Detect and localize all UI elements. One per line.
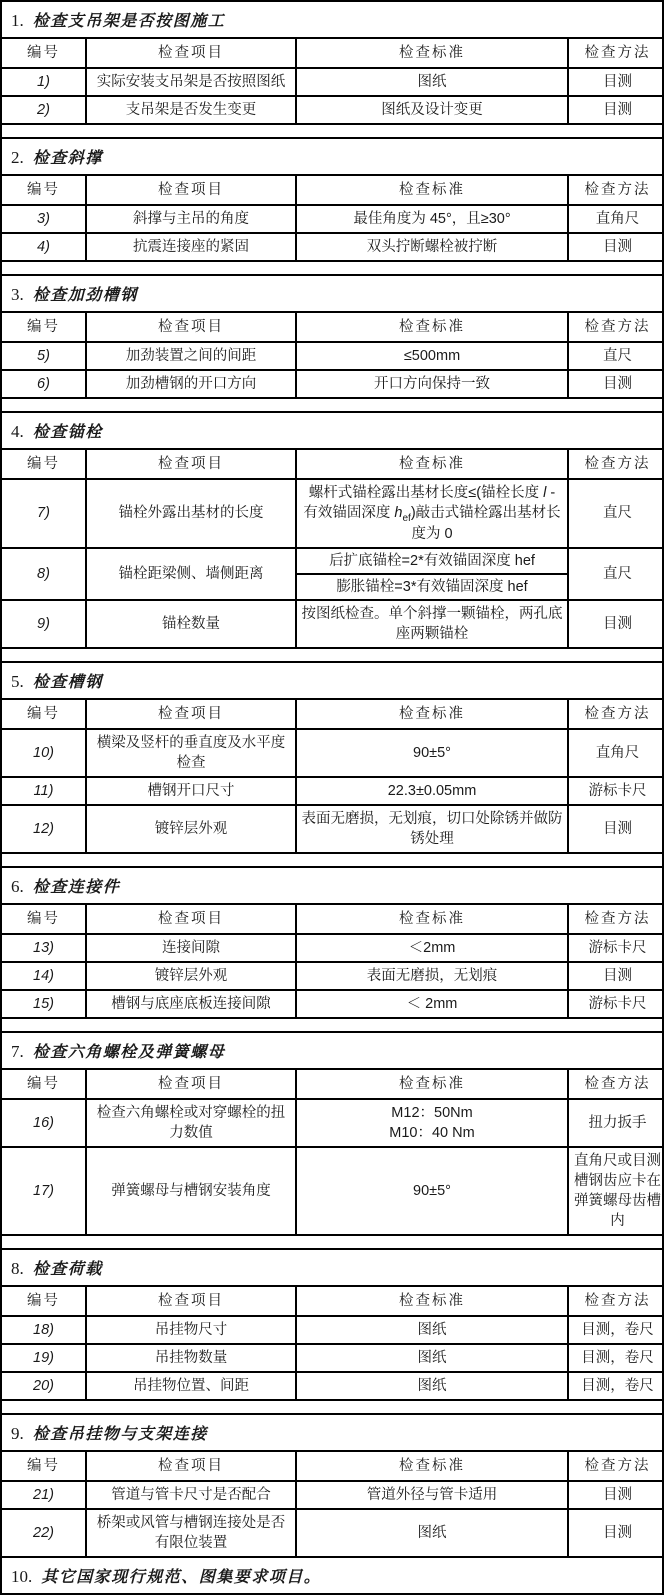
- col-header-item: 检查项目: [86, 699, 296, 729]
- col-header-no: 编号: [2, 904, 86, 934]
- col-header-no: 编号: [2, 175, 86, 205]
- method-cell: 直角尺或目测槽钢齿应卡在弹簧螺母齿槽内: [568, 1147, 664, 1235]
- section-title: 检查支吊架是否按图施工: [33, 13, 226, 30]
- check-table: 编号检查项目检查标准检查方法16)检查六角螺栓或对穿螺栓的扭力数值M12：50N…: [2, 1068, 664, 1236]
- row-number-cell: 2): [2, 96, 86, 124]
- table-row: 20)吊挂物位置、间距图纸目测，卷尺: [2, 1372, 664, 1400]
- col-header-no: 编号: [2, 449, 86, 479]
- row-number-cell: 3): [2, 205, 86, 233]
- section-number: 3.: [11, 285, 24, 304]
- table-row: 11)槽钢开口尺寸22.3±0.05mm游标卡尺: [2, 777, 664, 805]
- table-row: 19)吊挂物数量图纸目测，卷尺: [2, 1344, 664, 1372]
- col-header-item: 检查项目: [86, 449, 296, 479]
- row-number-cell: 7): [2, 479, 86, 548]
- table-gap: [2, 399, 662, 411]
- section-title: 检查锚栓: [33, 424, 103, 441]
- col-header-method: 检查方法: [568, 1286, 664, 1316]
- method-cell: 直角尺: [568, 729, 664, 777]
- table-row: 13)连接间隙＜2mm游标卡尺: [2, 934, 664, 962]
- row-number-cell: 18): [2, 1316, 86, 1344]
- section-heading: 3. 检查加劲槽钢: [2, 274, 662, 311]
- col-header-item: 检查项目: [86, 175, 296, 205]
- section-title: 检查吊挂物与支架连接: [33, 1426, 208, 1443]
- item-cell: 管道与管卡尺寸是否配合: [86, 1481, 296, 1509]
- section-title: 检查斜撑: [33, 150, 103, 167]
- method-cell: 游标卡尺: [568, 777, 664, 805]
- col-header-standard: 检查标准: [296, 449, 568, 479]
- item-cell: 检查六角螺栓或对穿螺栓的扭力数值: [86, 1099, 296, 1147]
- col-header-no: 编号: [2, 1286, 86, 1316]
- item-cell: 槽钢开口尺寸: [86, 777, 296, 805]
- item-cell: 吊挂物位置、间距: [86, 1372, 296, 1400]
- table-header-row: 编号检查项目检查标准检查方法: [2, 1286, 664, 1316]
- col-header-standard: 检查标准: [296, 699, 568, 729]
- item-cell: 斜撑与主吊的角度: [86, 205, 296, 233]
- item-cell: 桥架或风管与槽钢连接处是否有限位装置: [86, 1509, 296, 1557]
- section-heading: 7. 检查六角螺栓及弹簧螺母: [2, 1031, 662, 1068]
- section-number: 9.: [11, 1424, 24, 1443]
- table-row: 21)管道与管卡尺寸是否配合管道外径与管卡适用目测: [2, 1481, 664, 1509]
- table-row: 8)锚栓距梁侧、墙侧距离后扩底锚栓=2*有效锚固深度 hef膨胀锚栓=3*有效锚…: [2, 548, 664, 600]
- table-row: 17)弹簧螺母与槽钢安装角度90±5°直角尺或目测槽钢齿应卡在弹簧螺母齿槽内: [2, 1147, 664, 1235]
- table-row: 15)槽钢与底座底板连接间隙＜ 2mm游标卡尺: [2, 990, 664, 1018]
- table-header-row: 编号检查项目检查标准检查方法: [2, 312, 664, 342]
- col-header-no: 编号: [2, 699, 86, 729]
- col-header-method: 检查方法: [568, 699, 664, 729]
- standard-cell: 按图纸检查。单个斜撑一颗锚栓，两孔底座两颗锚栓: [296, 600, 568, 648]
- table-row: 6)加劲槽钢的开口方向开口方向保持一致目测: [2, 370, 664, 398]
- standard-cell: ＜ 2mm: [296, 990, 568, 1018]
- method-cell: 目测: [568, 1481, 664, 1509]
- standard-cell: 图纸: [296, 1316, 568, 1344]
- table-gap: [2, 262, 662, 274]
- section-heading: 10. 其它国家现行规范、图集要求项目。: [2, 1558, 662, 1593]
- method-cell: 目测: [568, 962, 664, 990]
- col-header-standard: 检查标准: [296, 175, 568, 205]
- method-cell: 目测: [568, 805, 664, 853]
- col-header-no: 编号: [2, 38, 86, 68]
- section-heading: 9. 检查吊挂物与支架连接: [2, 1413, 662, 1450]
- method-cell: 直尺: [568, 342, 664, 370]
- row-number-cell: 11): [2, 777, 86, 805]
- table-row: 10)横梁及竖杆的垂直度及水平度检查90±5°直角尺: [2, 729, 664, 777]
- row-number-cell: 21): [2, 1481, 86, 1509]
- col-header-no: 编号: [2, 1451, 86, 1481]
- standard-cell: 22.3±0.05mm: [296, 777, 568, 805]
- col-header-standard: 检查标准: [296, 312, 568, 342]
- method-cell: 目测，卷尺: [568, 1372, 664, 1400]
- section-title: 检查连接件: [33, 879, 121, 896]
- table-header-row: 编号检查项目检查标准检查方法: [2, 449, 664, 479]
- row-number-cell: 20): [2, 1372, 86, 1400]
- col-header-no: 编号: [2, 1069, 86, 1099]
- table-header-row: 编号检查项目检查标准检查方法: [2, 38, 664, 68]
- table-row: 12)镀锌层外观表面无磨损，无划痕，切口处除锈并做防锈处理目测: [2, 805, 664, 853]
- method-cell: 目测，卷尺: [568, 1344, 664, 1372]
- col-header-method: 检查方法: [568, 1451, 664, 1481]
- method-cell: 目测: [568, 1509, 664, 1557]
- table-header-row: 编号检查项目检查标准检查方法: [2, 904, 664, 934]
- method-cell: 目测，卷尺: [568, 1316, 664, 1344]
- section-heading: 8. 检查荷载: [2, 1248, 662, 1285]
- method-cell: 直角尺: [568, 205, 664, 233]
- section-heading: 4. 检查锚栓: [2, 411, 662, 448]
- row-number-cell: 10): [2, 729, 86, 777]
- standard-cell: ＜2mm: [296, 934, 568, 962]
- check-table: 编号检查项目检查标准检查方法21)管道与管卡尺寸是否配合管道外径与管卡适用目测2…: [2, 1450, 664, 1558]
- row-number-cell: 19): [2, 1344, 86, 1372]
- item-cell: 镀锌层外观: [86, 805, 296, 853]
- col-header-method: 检查方法: [568, 1069, 664, 1099]
- row-number-cell: 14): [2, 962, 86, 990]
- row-number-cell: 22): [2, 1509, 86, 1557]
- row-number-cell: 1): [2, 68, 86, 96]
- row-number-cell: 12): [2, 805, 86, 853]
- item-cell: 横梁及竖杆的垂直度及水平度检查: [86, 729, 296, 777]
- col-header-item: 检查项目: [86, 1451, 296, 1481]
- table-gap: [2, 1019, 662, 1031]
- table-gap: [2, 854, 662, 866]
- standard-cell: 表面无磨损，无划痕，切口处除锈并做防锈处理: [296, 805, 568, 853]
- table-gap: [2, 1236, 662, 1248]
- col-header-item: 检查项目: [86, 904, 296, 934]
- method-cell: 游标卡尺: [568, 934, 664, 962]
- table-row: 4)抗震连接座的紧固双头拧断螺栓被拧断目测: [2, 233, 664, 261]
- check-table: 编号检查项目检查标准检查方法1)实际安装支吊架是否按照图纸图纸目测2)支吊架是否…: [2, 37, 664, 125]
- table-row: 14)镀锌层外观表面无磨损，无划痕目测: [2, 962, 664, 990]
- check-table: 编号检查项目检查标准检查方法5)加劲装置之间的间距≤500mm直尺6)加劲槽钢的…: [2, 311, 664, 399]
- item-cell: 吊挂物尺寸: [86, 1316, 296, 1344]
- item-cell: 锚栓距梁侧、墙侧距离: [86, 548, 296, 600]
- table-row: 18)吊挂物尺寸图纸目测，卷尺: [2, 1316, 664, 1344]
- row-number-cell: 17): [2, 1147, 86, 1235]
- col-header-method: 检查方法: [568, 904, 664, 934]
- section-number: 2.: [11, 148, 24, 167]
- table-row: 3)斜撑与主吊的角度最佳角度为 45°，且≥30°直角尺: [2, 205, 664, 233]
- section-title: 检查加劲槽钢: [33, 287, 138, 304]
- section-title: 其它国家现行规范、图集要求项目。: [41, 1569, 321, 1586]
- row-number-cell: 8): [2, 548, 86, 600]
- table-gap: [2, 1401, 662, 1413]
- item-cell: 槽钢与底座底板连接间隙: [86, 990, 296, 1018]
- table-row: 2)支吊架是否发生变更图纸及设计变更目测: [2, 96, 664, 124]
- col-header-method: 检查方法: [568, 449, 664, 479]
- col-header-item: 检查项目: [86, 1286, 296, 1316]
- method-cell: 直尺: [568, 548, 664, 600]
- section-title: 检查六角螺栓及弹簧螺母: [33, 1044, 226, 1061]
- standard-cell: 双头拧断螺栓被拧断: [296, 233, 568, 261]
- standard-cell: 图纸及设计变更: [296, 96, 568, 124]
- item-cell: 锚栓数量: [86, 600, 296, 648]
- standard-cell: 图纸: [296, 68, 568, 96]
- col-header-standard: 检查标准: [296, 1069, 568, 1099]
- standard-cell: 螺杆式锚栓露出基材长度≤(锚栓长度 l - 有效锚固深度 hef)敲击式锚栓露出…: [296, 479, 568, 548]
- row-number-cell: 16): [2, 1099, 86, 1147]
- method-cell: 目测: [568, 370, 664, 398]
- col-header-no: 编号: [2, 312, 86, 342]
- section-heading: 1. 检查支吊架是否按图施工: [2, 2, 662, 37]
- standard-cell: 图纸: [296, 1344, 568, 1372]
- row-number-cell: 9): [2, 600, 86, 648]
- item-cell: 锚栓外露出基材的长度: [86, 479, 296, 548]
- col-header-item: 检查项目: [86, 312, 296, 342]
- table-row: 9)锚栓数量按图纸检查。单个斜撑一颗锚栓，两孔底座两颗锚栓目测: [2, 600, 664, 648]
- section-number: 6.: [11, 877, 24, 896]
- method-cell: 直尺: [568, 479, 664, 548]
- item-cell: 实际安装支吊架是否按照图纸: [86, 68, 296, 96]
- section-number: 4.: [11, 422, 24, 441]
- method-cell: 扭力扳手: [568, 1099, 664, 1147]
- col-header-standard: 检查标准: [296, 1286, 568, 1316]
- row-number-cell: 6): [2, 370, 86, 398]
- item-cell: 连接间隙: [86, 934, 296, 962]
- standard-cell: M12：50Nm M10：40 Nm: [296, 1099, 568, 1147]
- section-number: 8.: [11, 1259, 24, 1278]
- row-number-cell: 4): [2, 233, 86, 261]
- row-number-cell: 5): [2, 342, 86, 370]
- method-cell: 目测: [568, 68, 664, 96]
- standard-cell: 图纸: [296, 1509, 568, 1557]
- method-cell: 目测: [568, 96, 664, 124]
- standard-cell: ≤500mm: [296, 342, 568, 370]
- section-heading: 5. 检查槽钢: [2, 661, 662, 698]
- table-header-row: 编号检查项目检查标准检查方法: [2, 699, 664, 729]
- method-cell: 游标卡尺: [568, 990, 664, 1018]
- item-cell: 加劲槽钢的开口方向: [86, 370, 296, 398]
- standard-cell: 管道外径与管卡适用: [296, 1481, 568, 1509]
- method-cell: 目测: [568, 233, 664, 261]
- standard-cell: 图纸: [296, 1372, 568, 1400]
- table-gap: [2, 125, 662, 137]
- standard-cell: 最佳角度为 45°，且≥30°: [296, 205, 568, 233]
- table-row: 22)桥架或风管与槽钢连接处是否有限位装置图纸目测: [2, 1509, 664, 1557]
- section-heading: 2. 检查斜撑: [2, 137, 662, 174]
- col-header-item: 检查项目: [86, 1069, 296, 1099]
- standard-cell: 开口方向保持一致: [296, 370, 568, 398]
- section-number: 1.: [11, 11, 24, 30]
- section-number: 5.: [11, 672, 24, 691]
- standard-cell: 表面无磨损，无划痕: [296, 962, 568, 990]
- standard-cell: 90±5°: [296, 1147, 568, 1235]
- section-heading: 6. 检查连接件: [2, 866, 662, 903]
- table-row: 7)锚栓外露出基材的长度螺杆式锚栓露出基材长度≤(锚栓长度 l - 有效锚固深度…: [2, 479, 664, 548]
- item-cell: 抗震连接座的紧固: [86, 233, 296, 261]
- item-cell: 镀锌层外观: [86, 962, 296, 990]
- table-header-row: 编号检查项目检查标准检查方法: [2, 1451, 664, 1481]
- standard-cell: 90±5°: [296, 729, 568, 777]
- row-number-cell: 13): [2, 934, 86, 962]
- check-table: 编号检查项目检查标准检查方法10)横梁及竖杆的垂直度及水平度检查90±5°直角尺…: [2, 698, 664, 854]
- col-header-method: 检查方法: [568, 312, 664, 342]
- check-table: 编号检查项目检查标准检查方法3)斜撑与主吊的角度最佳角度为 45°，且≥30°直…: [2, 174, 664, 262]
- table-header-row: 编号检查项目检查标准检查方法: [2, 1069, 664, 1099]
- col-header-item: 检查项目: [86, 38, 296, 68]
- item-cell: 吊挂物数量: [86, 1344, 296, 1372]
- section-number: 7.: [11, 1042, 24, 1061]
- col-header-method: 检查方法: [568, 38, 664, 68]
- table-header-row: 编号检查项目检查标准检查方法: [2, 175, 664, 205]
- method-cell: 目测: [568, 600, 664, 648]
- check-table: 编号检查项目检查标准检查方法7)锚栓外露出基材的长度螺杆式锚栓露出基材长度≤(锚…: [2, 448, 664, 649]
- row-number-cell: 15): [2, 990, 86, 1018]
- standard-cell: 后扩底锚栓=2*有效锚固深度 hef膨胀锚栓=3*有效锚固深度 hef: [296, 548, 568, 600]
- standard-subcell: 膨胀锚栓=3*有效锚固深度 hef: [297, 575, 567, 599]
- col-header-standard: 检查标准: [296, 1451, 568, 1481]
- col-header-standard: 检查标准: [296, 38, 568, 68]
- table-row: 5)加劲装置之间的间距≤500mm直尺: [2, 342, 664, 370]
- section-title: 检查槽钢: [33, 674, 103, 691]
- col-header-standard: 检查标准: [296, 904, 568, 934]
- item-cell: 弹簧螺母与槽钢安装角度: [86, 1147, 296, 1235]
- table-row: 16)检查六角螺栓或对穿螺栓的扭力数值M12：50Nm M10：40 Nm扭力扳…: [2, 1099, 664, 1147]
- item-cell: 支吊架是否发生变更: [86, 96, 296, 124]
- section-number: 10.: [11, 1567, 32, 1586]
- table-row: 1)实际安装支吊架是否按照图纸图纸目测: [2, 68, 664, 96]
- item-cell: 加劲装置之间的间距: [86, 342, 296, 370]
- check-table: 编号检查项目检查标准检查方法13)连接间隙＜2mm游标卡尺14)镀锌层外观表面无…: [2, 903, 664, 1019]
- section-title: 检查荷载: [33, 1261, 103, 1278]
- table-gap: [2, 649, 662, 661]
- col-header-method: 检查方法: [568, 175, 664, 205]
- document-root: 1. 检查支吊架是否按图施工编号检查项目检查标准检查方法1)实际安装支吊架是否按…: [0, 0, 664, 1595]
- standard-subcell: 后扩底锚栓=2*有效锚固深度 hef: [297, 549, 567, 575]
- check-table: 编号检查项目检查标准检查方法18)吊挂物尺寸图纸目测，卷尺19)吊挂物数量图纸目…: [2, 1285, 664, 1401]
